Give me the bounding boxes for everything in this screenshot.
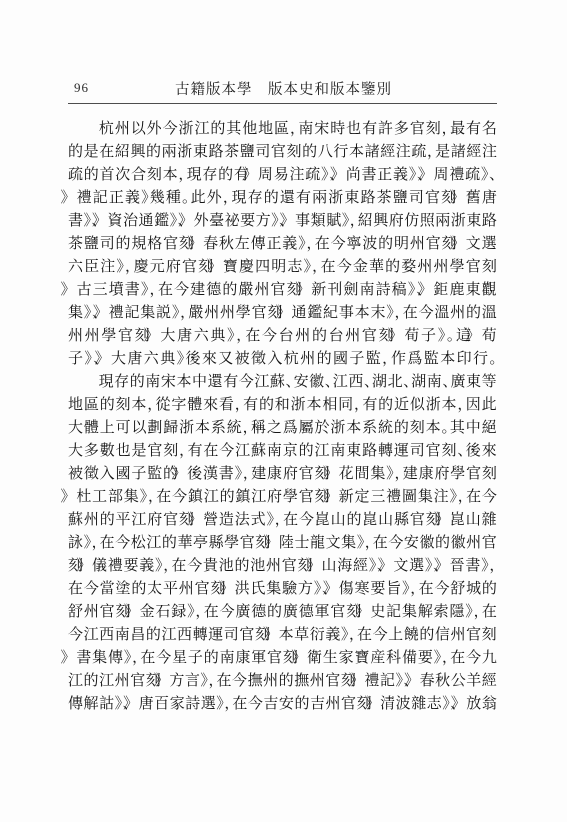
text-line: 蘇州的平江府官刻《營造法式》，在今崑山的崑山縣官刻《崑山雜: [68, 509, 497, 532]
text-line: 大體上可以劃歸浙本系統，稱之爲屬於浙本系統的刻本。其中絕: [68, 417, 497, 440]
body-text: 杭州以外今浙江的其他地區，南宋時也有許多官刻，最有名的是在紹興的兩浙東路茶鹽司官…: [68, 118, 497, 716]
text-line: 書》、《資治通鑑》、《外臺祕要方》、《事類賦》，紹興府仿照兩浙東路: [68, 210, 497, 233]
text-line: 舒州官刻《金石録》，在今廣德的廣德軍官刻《史記集解索隱》，在: [68, 601, 497, 624]
page-number: 96: [74, 80, 89, 96]
text-line: 《禮記正義》幾種。此外，現存的還有兩浙東路茶鹽司官刻《舊唐: [68, 187, 497, 210]
text-line: 州州學官刻《大唐六典》，在今台州的台州官刻《荀子》。這《荀: [68, 325, 497, 348]
text-line: 今江西南昌的江西轉運司官刻《本草衍義》，在今上饒的信州官刻: [68, 624, 497, 647]
text-line: 《書集傳》，在今星子的南康軍官刻《衛生家寶産科備要》，在今九: [68, 647, 497, 670]
text-line: 疏的首次合刻本，現存的有《周易注疏》、《尚書正義》、《周禮疏》、: [68, 164, 497, 187]
text-line: 大多數也是官刻，有在今江蘇南京的江南東路轉運司官刻、後來: [68, 440, 497, 463]
text-line: 《杜工部集》，在今鎮江的鎮江府學官刻《新定三禮圖集注》，在今: [68, 486, 497, 509]
book-page: 96 古籍版本學 版本史和版本鑒別 杭州以外今浙江的其他地區，南宋時也有許多官刻…: [0, 0, 567, 822]
text-line: 江的江州官刻《方言》，在今撫州的撫州官刻《禮記》、《春秋公羊經: [68, 670, 497, 693]
text-line: 詠》，在今松江的華亭縣學官刻《陸士龍文集》，在今安徽的徽州官: [68, 532, 497, 555]
text-line: 被徵入國子監的《後漢書》，建康府官刻《花間集》，建康府學官刻: [68, 463, 497, 486]
text-line: 《古三墳書》，在今建德的嚴州官刻《新刊劍南詩稿》、《鉅鹿東觀: [68, 279, 497, 302]
text-line: 傳解詁》、《唐百家詩選》，在今吉安的吉州官刻《清波雜志》、《放翁: [68, 693, 497, 716]
text-line: 六臣注》，慶元府官刻《寶慶四明志》，在今金華的婺州州學官刻: [68, 256, 497, 279]
text-line: 刻《儀禮要義》，在今貴池的池州官刻《山海經》、《文選》、《晉書》，: [68, 555, 497, 578]
text-line: 子》、《大唐六典》後來又被徵入杭州的國子監，作爲監本印行。: [68, 348, 497, 371]
text-line: 地區的刻本，從字體來看，有的和浙本相同，有的近似浙本，因此: [68, 394, 497, 417]
text-line: 集》、《禮記集説》，嚴州州學官刻《通鑑紀事本末》，在今溫州的溫: [68, 302, 497, 325]
text-line: 在今當塗的太平州官刻《洪氏集驗方》、《傷寒要旨》，在今舒城的: [68, 578, 497, 601]
text-line: 茶鹽司的規格官刻《春秋左傳正義》，在今寧波的明州官刻《文選: [68, 233, 497, 256]
page-header: 96 古籍版本學 版本史和版本鑒別: [0, 78, 567, 96]
header-rule: [68, 103, 497, 104]
text-line: 的是在紹興的兩浙東路茶鹽司官刻的八行本諸經注疏，是諸經注: [68, 141, 497, 164]
text-line: 杭州以外今浙江的其他地區，南宋時也有許多官刻，最有名: [68, 118, 497, 141]
text-line: 現存的南宋本中還有今江蘇、安徽、江西、湖北、湖南、廣東等: [68, 371, 497, 394]
